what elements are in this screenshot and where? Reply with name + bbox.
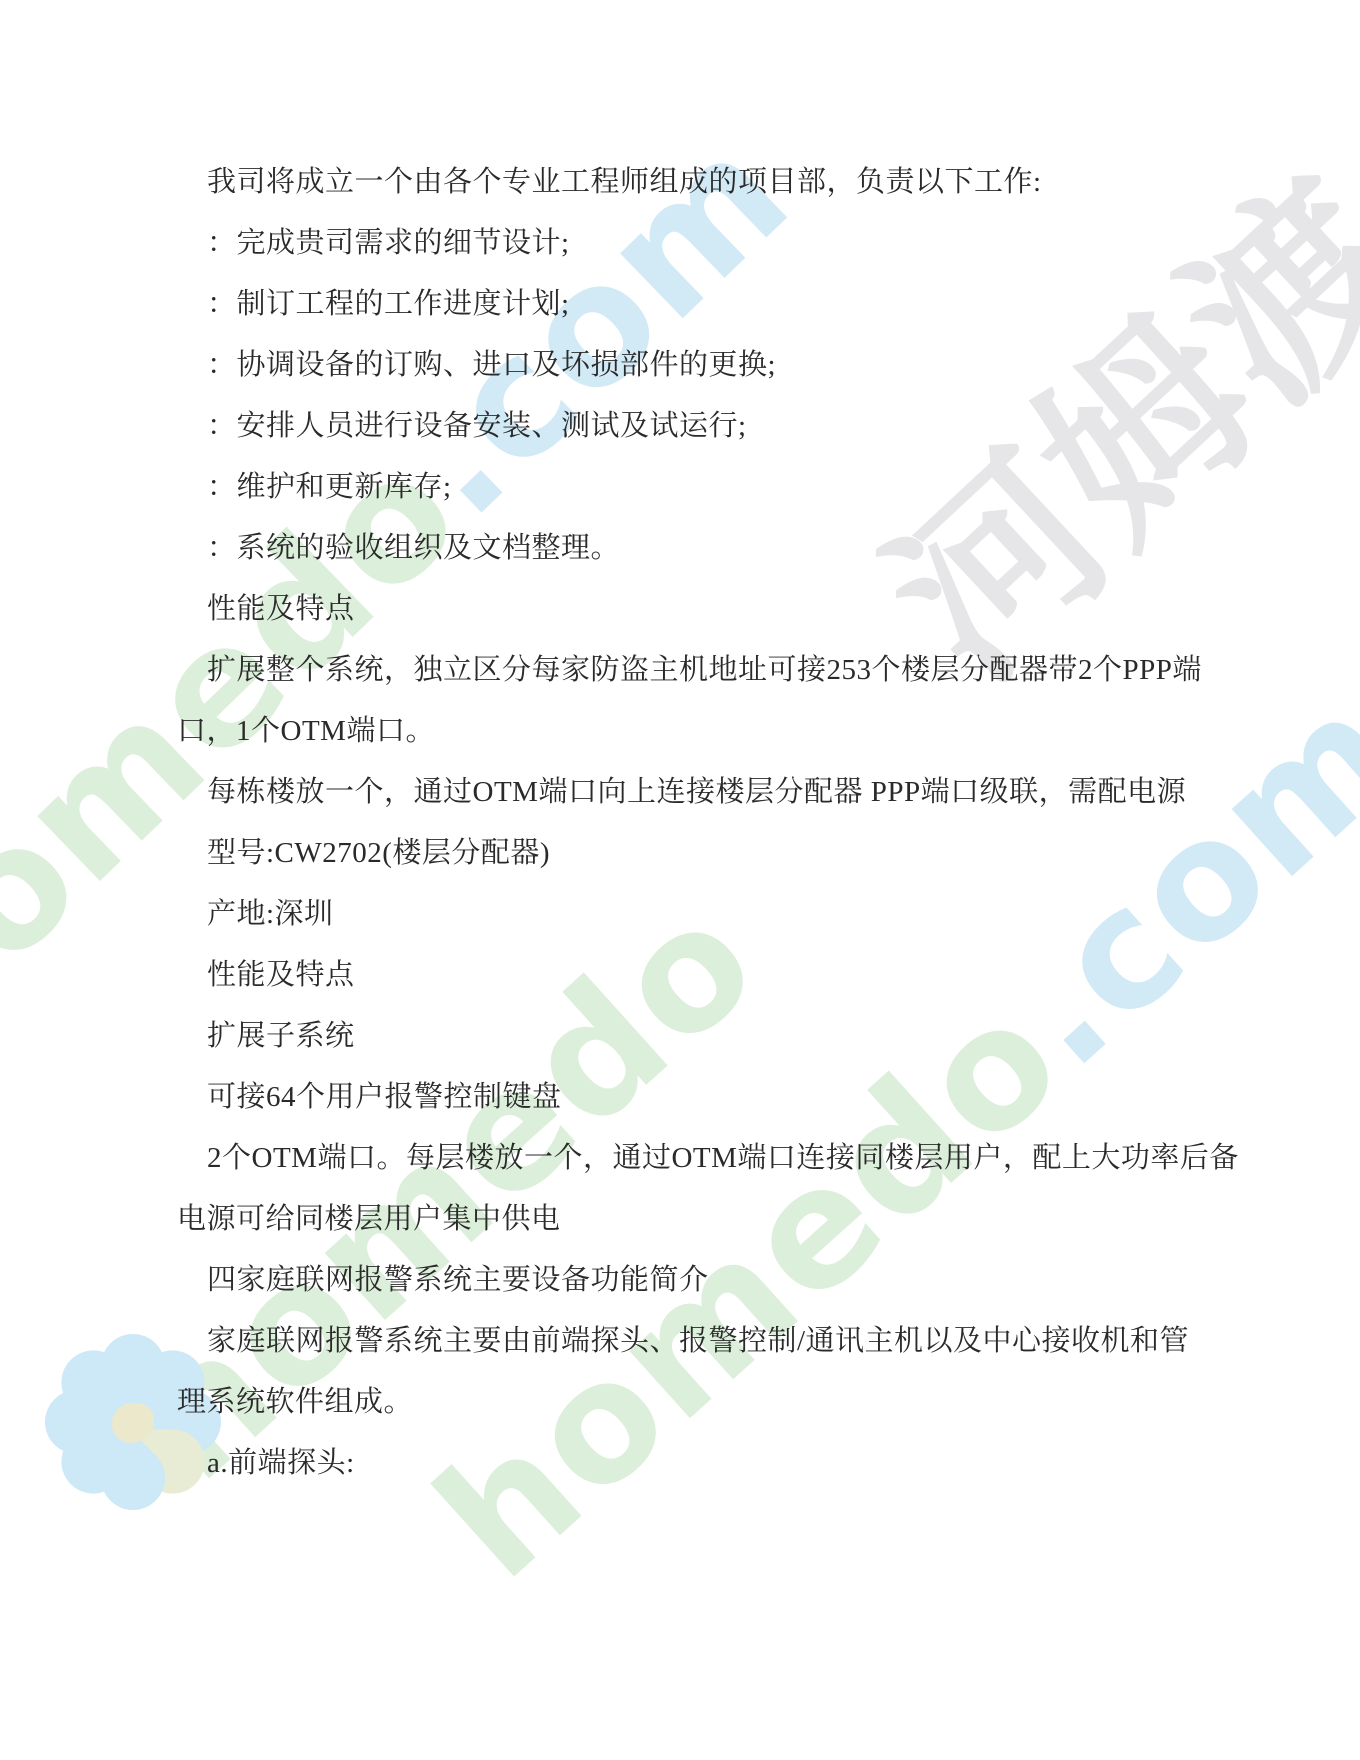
text-line: 型号:CW2702(楼层分配器) — [177, 823, 1217, 884]
flower-petal — [61, 1350, 125, 1414]
text-line: 口，1个OTM端口。 — [177, 701, 1217, 762]
text-line: 我司将成立一个由各个专业工程师组成的项目部，负责以下工作: — [177, 152, 1217, 213]
text-line: 性能及特点 — [177, 945, 1217, 1006]
text-line: 可接64个用户报警控制键盘 — [177, 1067, 1217, 1128]
text-line: 扩展子系统 — [177, 1006, 1217, 1067]
document-page: homedo.com 河姆渡 homedo homedo.com 我司将成立一个… — [0, 0, 1360, 1760]
text-line: 四家庭联网报警系统主要设备功能简介 — [177, 1250, 1217, 1311]
text-line: 性能及特点 — [177, 579, 1217, 640]
text-line: 2个OTM端口。每层楼放一个，通过OTM端口连接同楼层用户，配上大功率后备 — [177, 1128, 1217, 1189]
text-line: 电源可给同楼层用户集中供电 — [177, 1189, 1217, 1250]
text-line: ：系统的验收组织及文档整理。 — [177, 518, 1217, 579]
flower-petal — [61, 1430, 125, 1494]
flower-petal — [32, 1377, 123, 1468]
text-line: ：维护和更新库存; — [177, 457, 1217, 518]
text-line: ：安排人员进行设备安装、测试及试运行; — [177, 396, 1217, 457]
text-line: 家庭联网报警系统主要由前端探头、报警控制/通讯主机以及中心接收机和管 — [177, 1311, 1217, 1372]
text-line: ：制订工程的工作进度计划; — [177, 274, 1217, 335]
text-line: 理系统软件组成。 — [177, 1372, 1217, 1433]
text-line: 产地:深圳 — [177, 884, 1217, 945]
text-line: a.前端探头: — [177, 1433, 1217, 1494]
document-text: 我司将成立一个由各个专业工程师组成的项目部，负责以下工作:：完成贵司需求的细节设… — [177, 152, 1217, 1494]
text-line: ：协调设备的订购、进口及坏损部件的更换; — [177, 335, 1217, 396]
flower-petal — [88, 1321, 179, 1412]
flower-center — [112, 1403, 154, 1443]
flower-petal — [88, 1433, 179, 1524]
text-line: 扩展整个系统，独立区分每家防盗主机地址可接253个楼层分配器带2个PPP端 — [177, 640, 1217, 701]
text-line: ：完成贵司需求的细节设计; — [177, 213, 1217, 274]
text-line: 每栋楼放一个，通过OTM端口向上连接楼层分配器 PPP端口级联，需配电源 — [177, 762, 1217, 823]
